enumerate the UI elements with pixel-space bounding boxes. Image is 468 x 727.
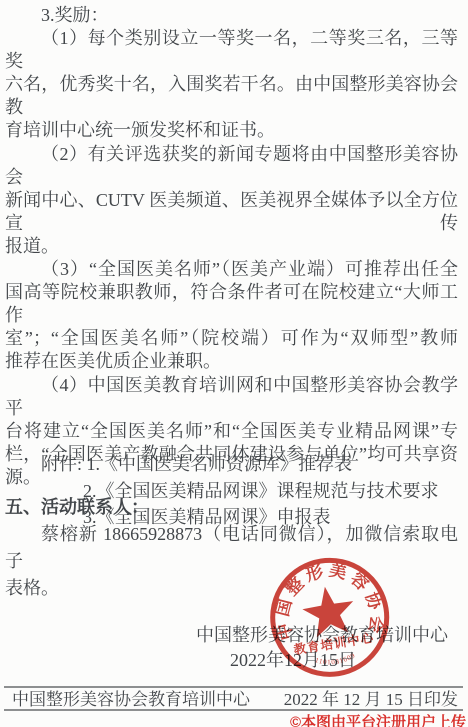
body-line: 台将建立“全国医美名师”和“全国医美专业精品网课”专: [5, 420, 458, 443]
body-line: 六名，优秀奖十名，入围奖若干名。由中国整形美容协会教: [5, 73, 458, 119]
footer-divider-top: [4, 686, 463, 688]
body-line: 新闻中心、CUTV 医美频道、医美视界全媒体予以全方位宣传: [5, 189, 458, 235]
footer-row: 中国整形美容协会教育培训中心 2022 年 12 月 15 日印发: [12, 690, 458, 709]
seal-center-label: 教育培训中心: [292, 630, 375, 658]
body-line: （4）中国医美教育培训网和中国整形美容协会教学平: [5, 374, 458, 420]
body-line: 3.奖励：: [5, 4, 458, 27]
body-line: 育培训中心统一颁发奖杯和证书。: [5, 119, 458, 142]
document-page: 3.奖励： （1）每个类别设立一等奖一名，二等奖三名，三等奖 六名，优秀奖十名，…: [0, 0, 468, 727]
body-line: 室”；“全国医美名师”（院校端）可作为“双师型”教师: [5, 327, 458, 350]
footer-issuer: 中国整形美容协会教育培训中心: [12, 690, 250, 709]
body-line: （1）每个类别设立一等奖一名，二等奖三名，三等奖: [5, 27, 458, 73]
body-line: （2）有关评选获奖的新闻专题将由中国整形美容协会: [5, 143, 458, 189]
attachments-block: 附件: 1.《中国医美名师资源库》推荐表 2.《全国医美精品网课》课程规范与技术…: [5, 451, 458, 531]
seal-star-icon: [299, 583, 357, 639]
body-line: （3）“全国医美名师”（医美产业端）可推荐出任全: [5, 258, 458, 281]
attachment-line: 2.《全国医美精品网课》课程规范与技术要求: [5, 478, 458, 505]
official-seal-stamp: 中国整形美容协会 教育培训中心 1101081609: [252, 539, 412, 699]
footer-print-date: 2022 年 12 月 15 日印发: [284, 690, 458, 709]
platform-watermark: ©本图由平台注册用户上传: [290, 711, 466, 727]
attachment-line: 3.《全国医美精品网课》申报表: [5, 504, 458, 531]
body-line: 推荐在医美优质企业兼职。: [5, 350, 458, 373]
attachment-line: 附件: 1.《中国医美名师资源库》推荐表: [5, 451, 458, 478]
body-line: 报道。: [5, 235, 458, 258]
body-line: 国高等院校兼职教师，符合条件者可在院校建立“大师工作: [5, 281, 458, 327]
